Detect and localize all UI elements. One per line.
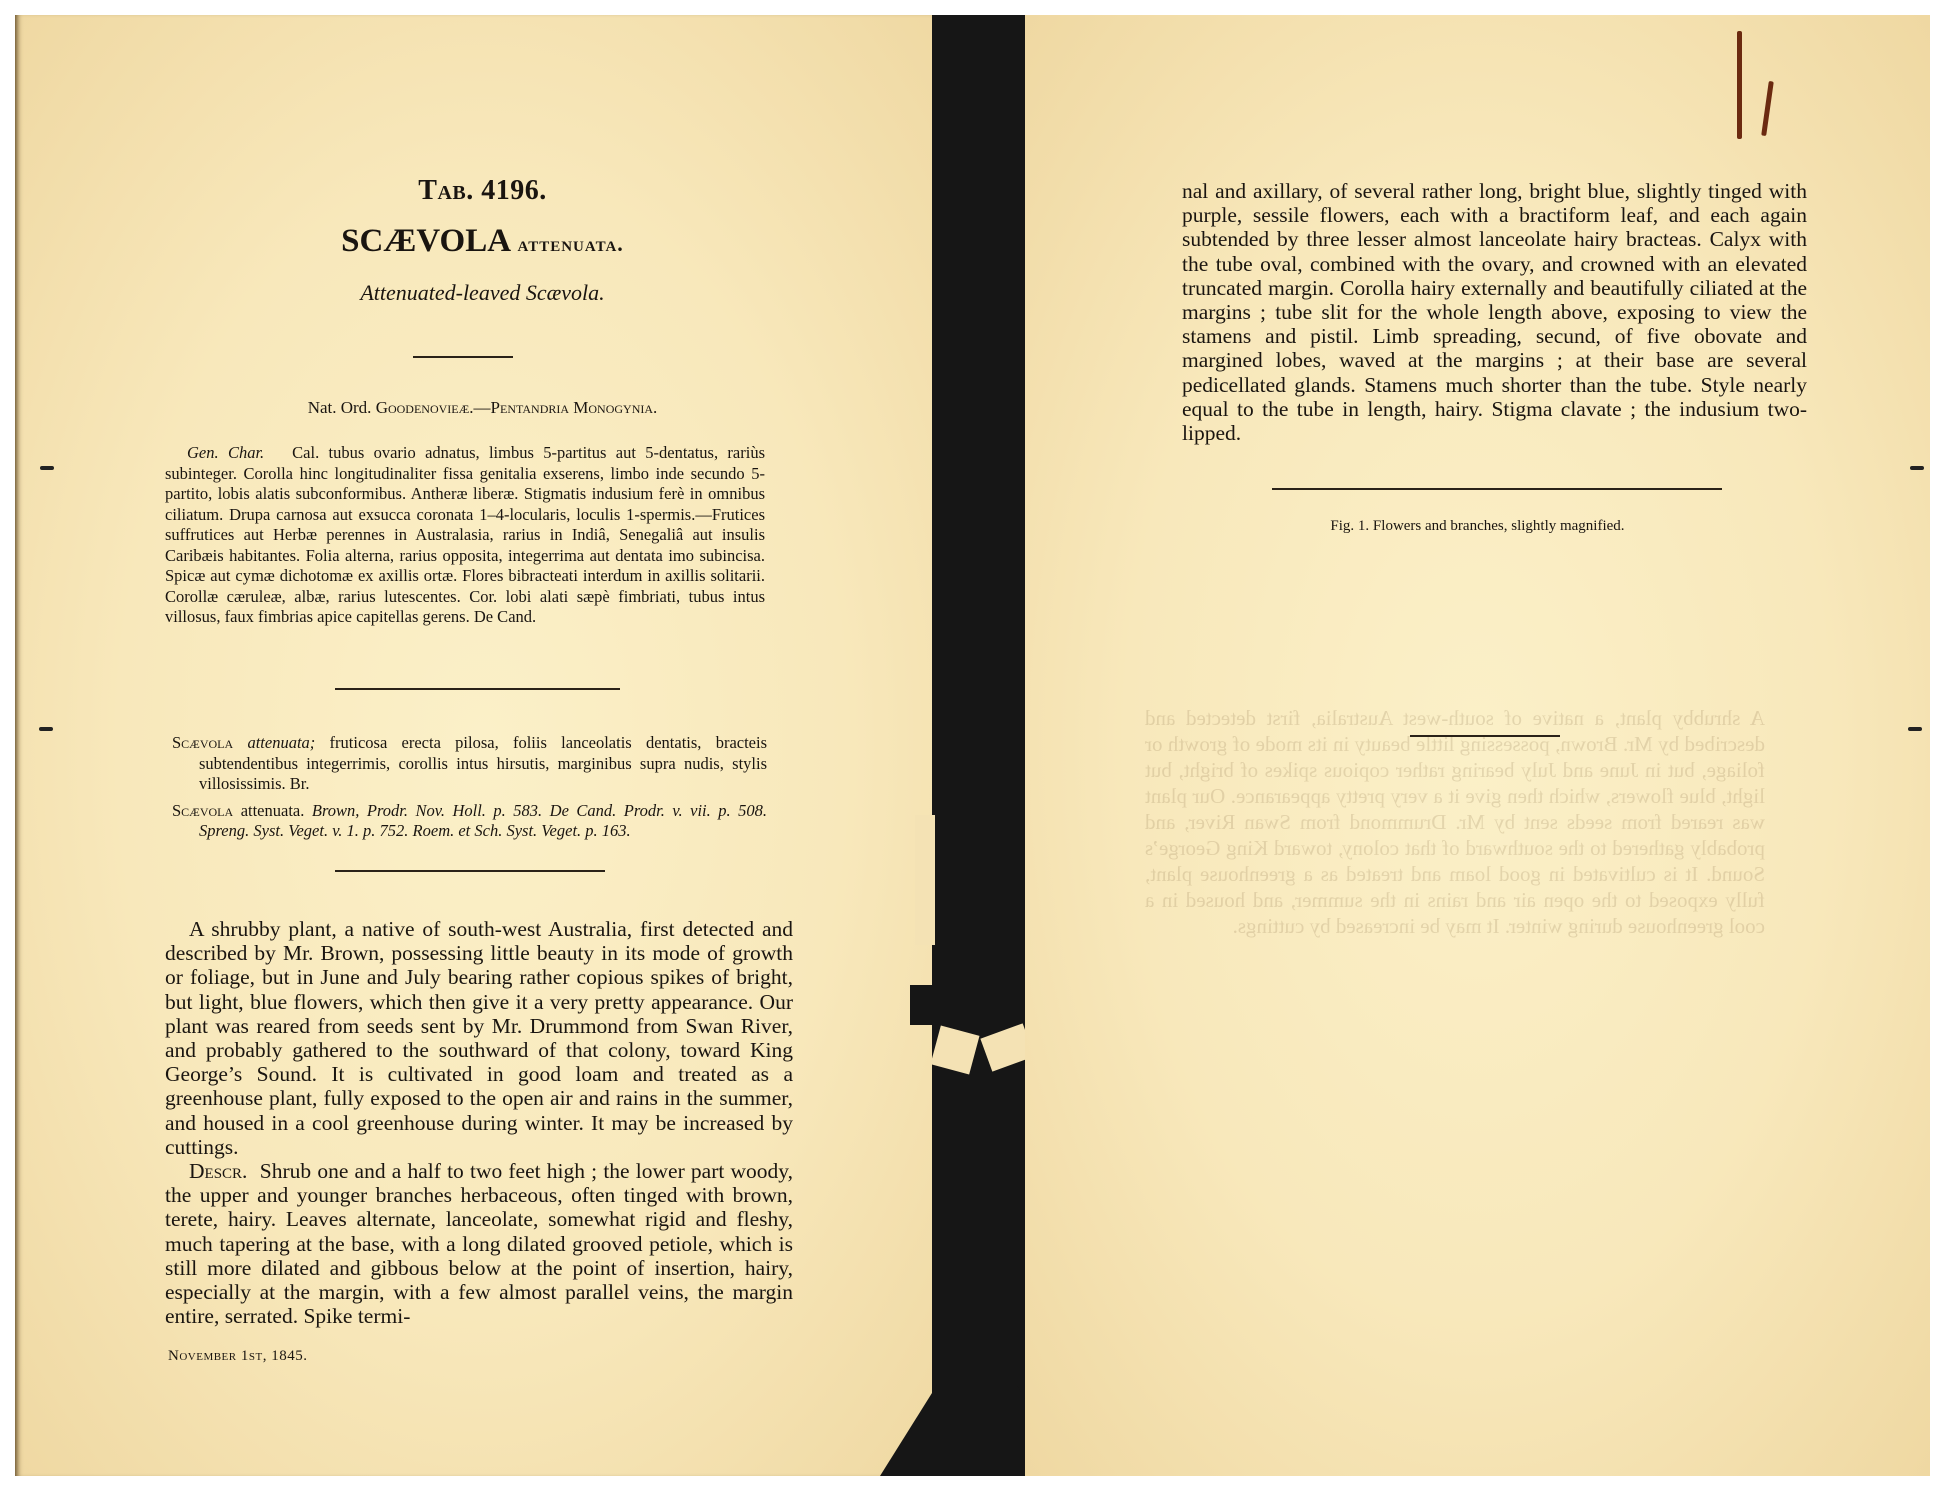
gen-char-text: Cal. tubus ovario adnatus, limbus 5-part… xyxy=(165,443,765,626)
specific-character: Scævola attenuata; fruticosa erecta pilo… xyxy=(172,733,767,848)
margin-mark xyxy=(1910,466,1924,470)
book-binding-gutter xyxy=(932,15,1030,1476)
divider xyxy=(335,688,620,690)
description-continuation: nal and axillary, of several rather long… xyxy=(1182,179,1807,445)
divider xyxy=(413,356,513,358)
divider xyxy=(335,870,605,872)
description-text: A shrubby plant, a native of south-west … xyxy=(165,917,793,1328)
divider xyxy=(1272,488,1722,490)
generic-character: Gen. Char. Cal. tubus ovario adnatus, li… xyxy=(165,443,765,628)
publication-date: November 1st, 1845. xyxy=(168,1348,307,1365)
gen-char-label: Gen. Char. xyxy=(187,443,264,462)
ink-stain-mark xyxy=(1737,31,1742,139)
margin-mark xyxy=(1908,727,1922,731)
species-title: SCÆVOLA attenuata. xyxy=(15,223,950,260)
divider xyxy=(1410,735,1560,737)
ink-stain-mark xyxy=(1761,81,1774,136)
figure-caption: Fig. 1. Flowers and branches, slightly m… xyxy=(1025,518,1930,535)
margin-mark xyxy=(40,466,54,470)
torn-paper-fragment xyxy=(915,815,935,945)
right-page: A shrubby plant, a native of south-west … xyxy=(1025,15,1930,1476)
common-name: Attenuated-leaved Scævola. xyxy=(15,280,950,306)
margin-mark xyxy=(39,727,53,731)
natural-order: Nat. Ord. Goodenovieæ.—Pentandria Monogy… xyxy=(15,398,950,418)
synonymy: Scævola attenuata. Brown, Prodr. Nov. Ho… xyxy=(172,801,767,842)
show-through-text: A shrubby plant, a native of south-west … xyxy=(1145,705,1765,939)
plate-number: Tab. 4196. xyxy=(15,175,950,207)
left-page: Tab. 4196. SCÆVOLA attenuata. Attenuated… xyxy=(15,15,950,1476)
binding-gap xyxy=(910,985,1040,1025)
